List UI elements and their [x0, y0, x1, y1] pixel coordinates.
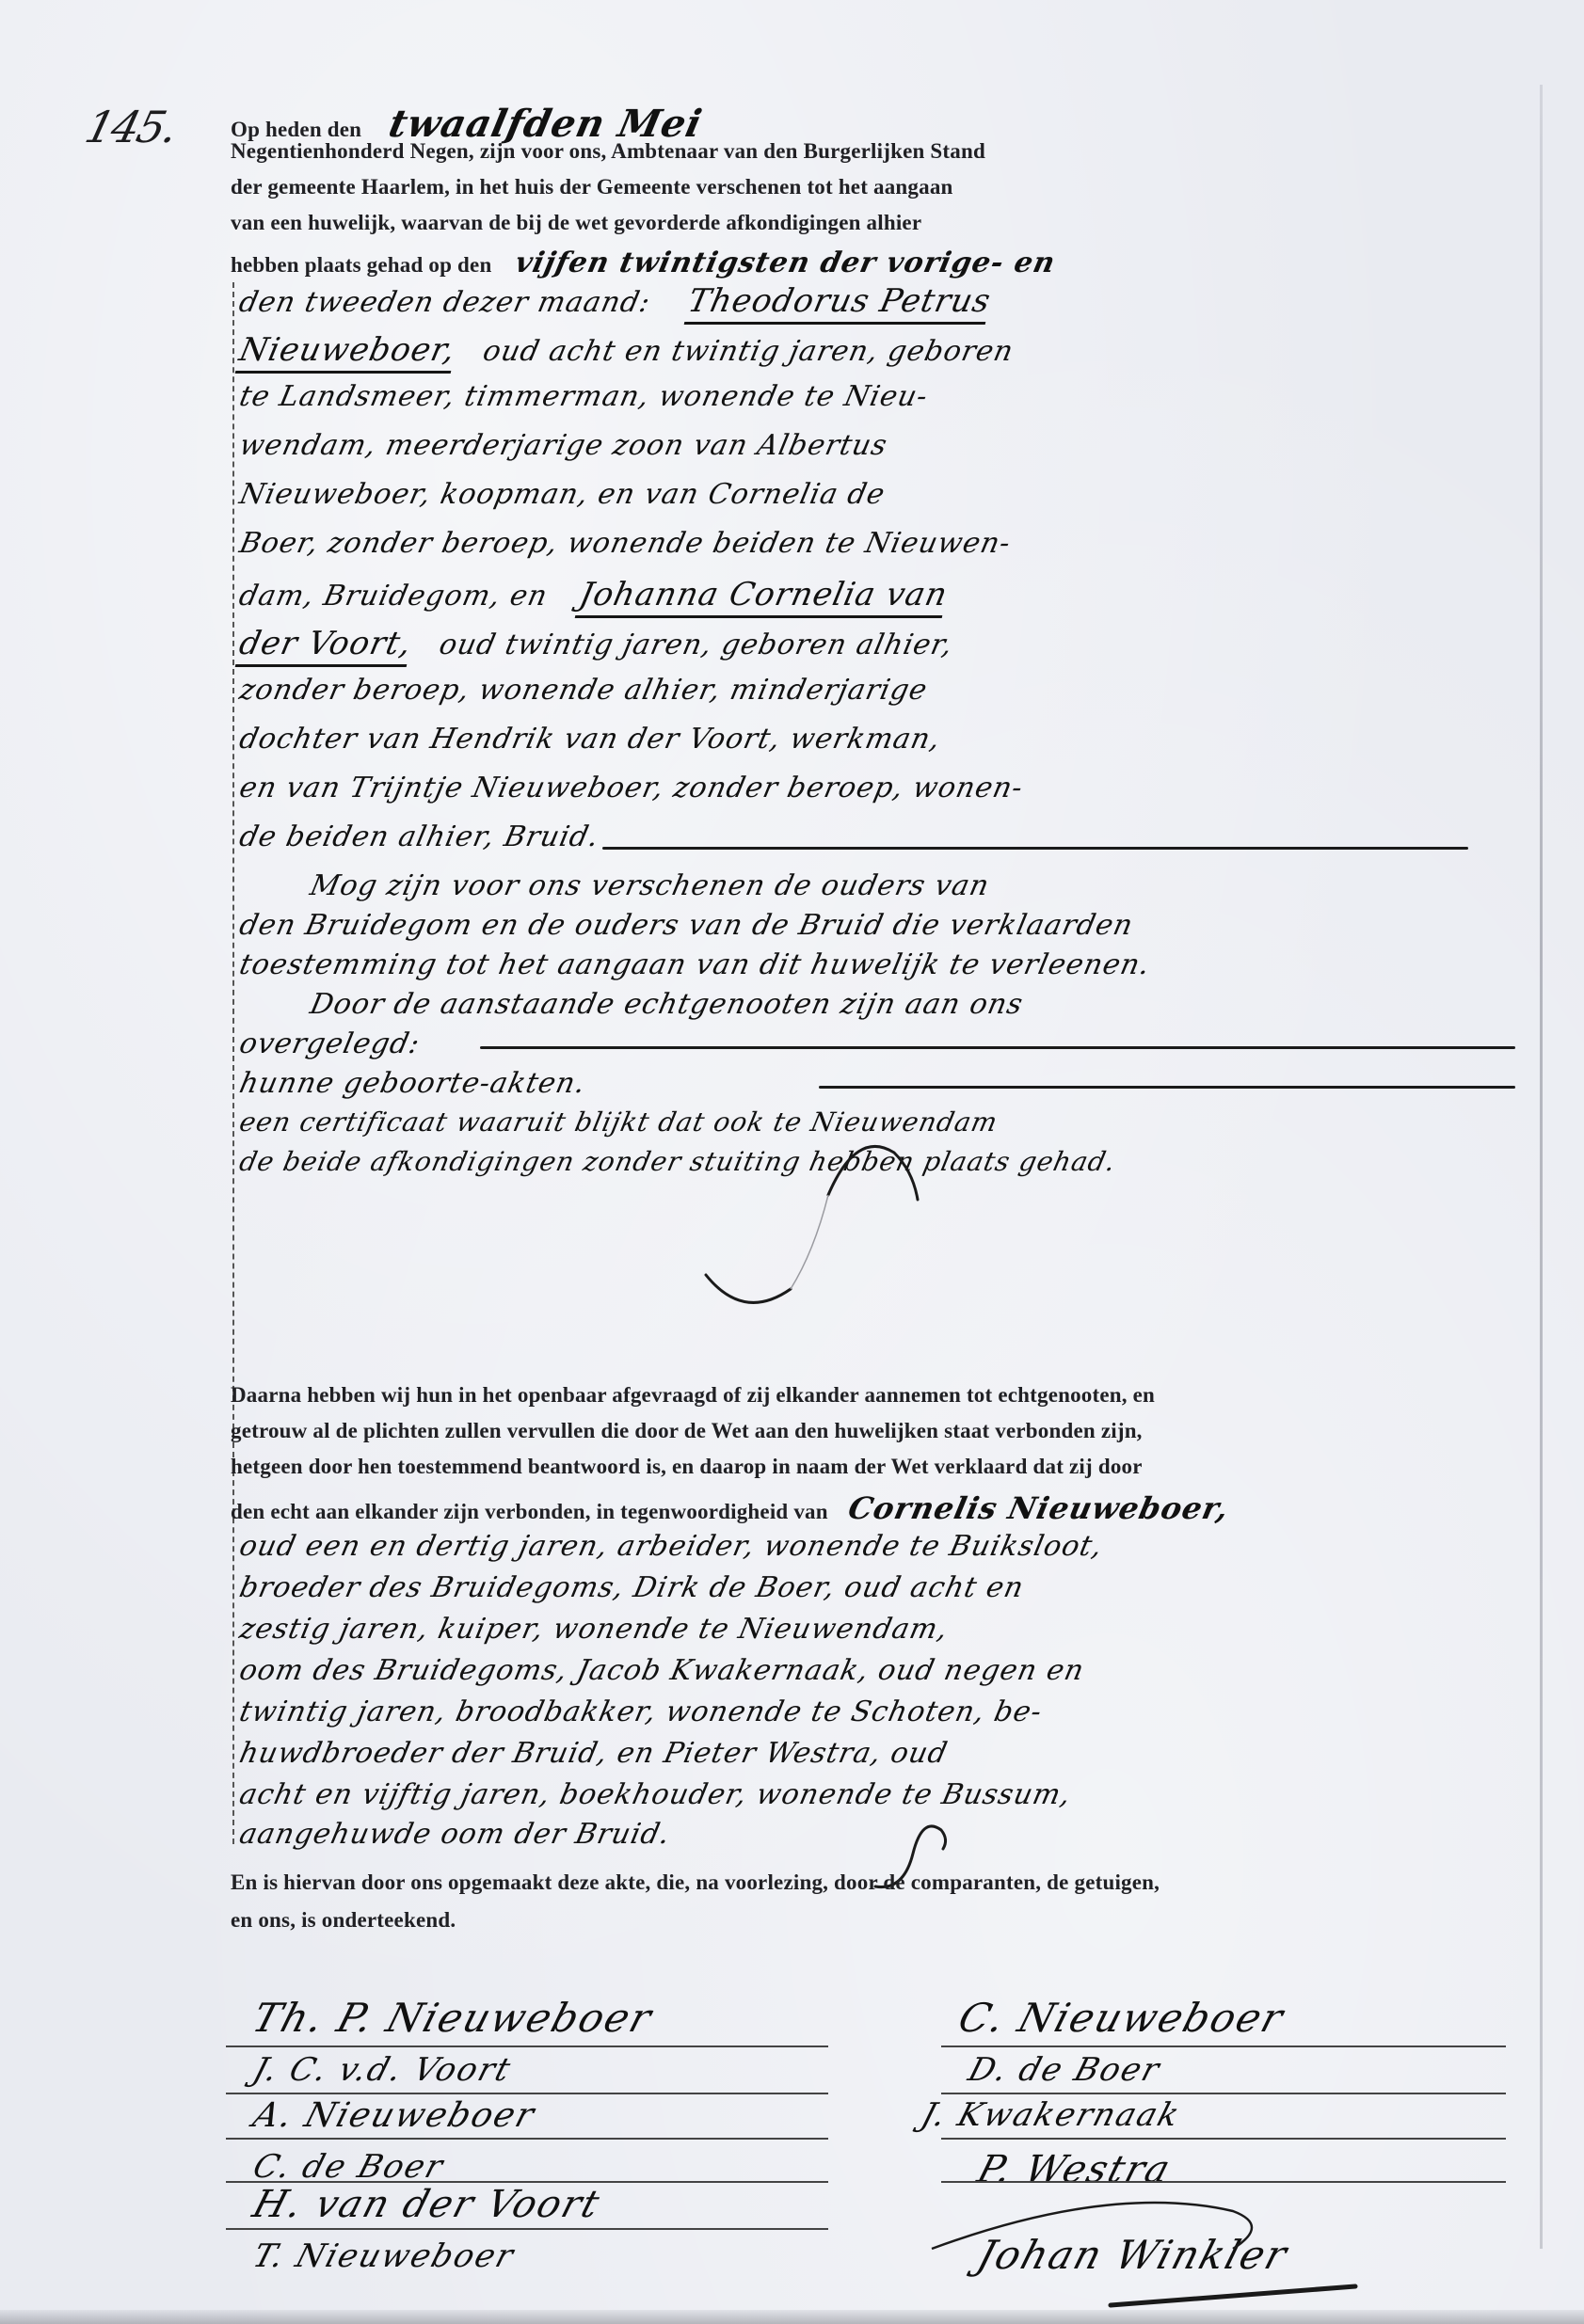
left-margin-rule: [232, 282, 234, 1844]
signature-witness-4: P. Westra: [972, 2148, 1176, 2191]
body-line-14: den Bruidegom en de ouders van de Bruid …: [236, 909, 1136, 942]
signature-rule: [941, 2045, 1506, 2047]
witness-line-8: aangehuwde oom der Bruid.: [236, 1818, 673, 1851]
fill-rule: [819, 1086, 1515, 1089]
ceremony-line-3: hetgeen door hen toestemmend beantwoord …: [231, 1455, 1143, 1479]
body-line-7: dam, Bruidegom, en Johanna Cornelia van: [236, 576, 952, 613]
body-line-2: Nieuweboer, oud acht en twintig jaren, g…: [236, 331, 1017, 369]
closing-flourish-icon: [678, 1120, 960, 1336]
ceremony-line-4: den echt aan elkander zijn verbonden, in…: [231, 1490, 1228, 1526]
header-line-2: Negentienhonderd Negen, zijn voor ons, A…: [231, 139, 985, 164]
body-line-15: toestemming tot het aangaan van dit huwe…: [236, 948, 1153, 981]
body-line-11: en van Trijntje Nieuweboer, zonder beroe…: [236, 772, 1026, 804]
fill-rule: [480, 1046, 1515, 1049]
signature-groom-father: A. Nieuweboer: [248, 2096, 540, 2135]
header-line-3: der gemeente Haarlem, in het huis der Ge…: [231, 175, 953, 199]
header-line-4: van een huwelijk, waarvan de bij de wet …: [231, 211, 921, 235]
signature-rule: [941, 2138, 1506, 2140]
witness-line-4: oom des Bruidegoms, Jacob Kwakernaak, ou…: [236, 1654, 1087, 1687]
signature-rule: [941, 2093, 1506, 2094]
page-right-edge: [1540, 85, 1543, 2249]
body-line-4: wendam, meerderjarige zoon van Albertus: [236, 429, 890, 462]
body-line-9: zonder beroep, wonende alhier, minderjar…: [236, 674, 931, 707]
signature-rule: [226, 2228, 828, 2230]
body-line-12: de beiden alhier, Bruid.: [236, 820, 602, 853]
fill-rule: [602, 847, 1468, 850]
signature-witness-2: D. de Boer: [964, 2051, 1165, 2089]
signature-rule: [226, 2045, 828, 2047]
bride-surname: der Voort,: [235, 625, 416, 667]
body-line-1: den tweeden dezer maand: Theodorus Petru…: [236, 282, 995, 320]
body-line-3: te Landsmeer, timmerman, wonende te Nieu…: [236, 380, 931, 413]
signature-groom-mother: C. de Boer: [248, 2148, 448, 2186]
signature-bride-father: H. van der Voort: [248, 2183, 605, 2226]
signature-witness-3: J. Kwakernaak: [917, 2096, 1185, 2134]
body-line-5: Nieuweboer, koopman, en van Cornelia de: [236, 478, 888, 511]
ceremony-line-2: getrouw al de plichten zullen vervullen …: [231, 1419, 1143, 1443]
body-line-13: Mog zijn voor ons verschenen de ouders v…: [307, 869, 992, 902]
record-number: 145.: [80, 102, 182, 152]
signature-bride-mother: T. Nieuweboer: [248, 2237, 519, 2275]
groom-surname: Nieuweboer,: [235, 331, 459, 374]
witness-line-6: huwdbroeder der Bruid, en Pieter Westra,…: [236, 1737, 951, 1770]
body-line-6: Boer, zonder beroep, wonende beiden te N…: [236, 527, 1014, 560]
signature-rule: [226, 2138, 828, 2140]
witness-line-1: oud een en dertig jaren, arbeider, wonen…: [236, 1530, 1106, 1563]
bride-given-names: Johanna Cornelia van: [575, 576, 952, 618]
witness-line-5: twintig jaren, broodbakker, wonende te S…: [236, 1695, 1045, 1728]
closing-line-2: en ons, is onderteekend.: [231, 1908, 456, 1933]
witness-line-7: acht en vijftig jaren, boekhouder, wonen…: [236, 1778, 1074, 1811]
body-line-16: Door de aanstaande echtgenooten zijn aan…: [307, 988, 1026, 1021]
signature-groom: Th. P. Nieuweboer: [248, 1995, 658, 2041]
signature-rule: [226, 2093, 828, 2094]
header-line-5-printed: hebben plaats gehad op den: [231, 253, 491, 277]
proclamation-date-hand: vijfen twintigsten der vorige- en: [513, 247, 1059, 279]
body-line-10: dochter van Hendrik van der Voort, werkm…: [236, 723, 943, 756]
signature-rule: [941, 2181, 1506, 2183]
header-line-1-printed: Op heden den: [231, 118, 361, 141]
first-witness-hand: Cornelis Nieuweboer,: [845, 1490, 1233, 1526]
body-line-18: hunne geboorte-akten.: [236, 1067, 588, 1100]
header-line-5: hebben plaats gehad op den vijfen twinti…: [231, 247, 1055, 279]
body-line-17: overgelegd:: [236, 1027, 423, 1060]
witness-line-2: broeder des Bruidegoms, Dirk de Boer, ou…: [236, 1571, 1027, 1604]
registrar-flourish-icon: [922, 2192, 1412, 2315]
body-line-8: der Voort, oud twintig jaren, geboren al…: [236, 625, 957, 662]
groom-given-names: Theodorus Petrus: [683, 282, 994, 325]
signature-witness-1: C. Nieuweboer: [953, 1995, 1289, 2041]
signature-bride: J. C. v.d. Voort: [248, 2051, 516, 2089]
ceremony-line-1: Daarna hebben wij hun in het openbaar af…: [231, 1383, 1155, 1408]
witness-line-3: zestig jaren, kuiper, wonende te Nieuwen…: [236, 1613, 951, 1646]
closing-line-1: En is hiervan door ons opgemaakt deze ak…: [231, 1870, 1160, 1895]
